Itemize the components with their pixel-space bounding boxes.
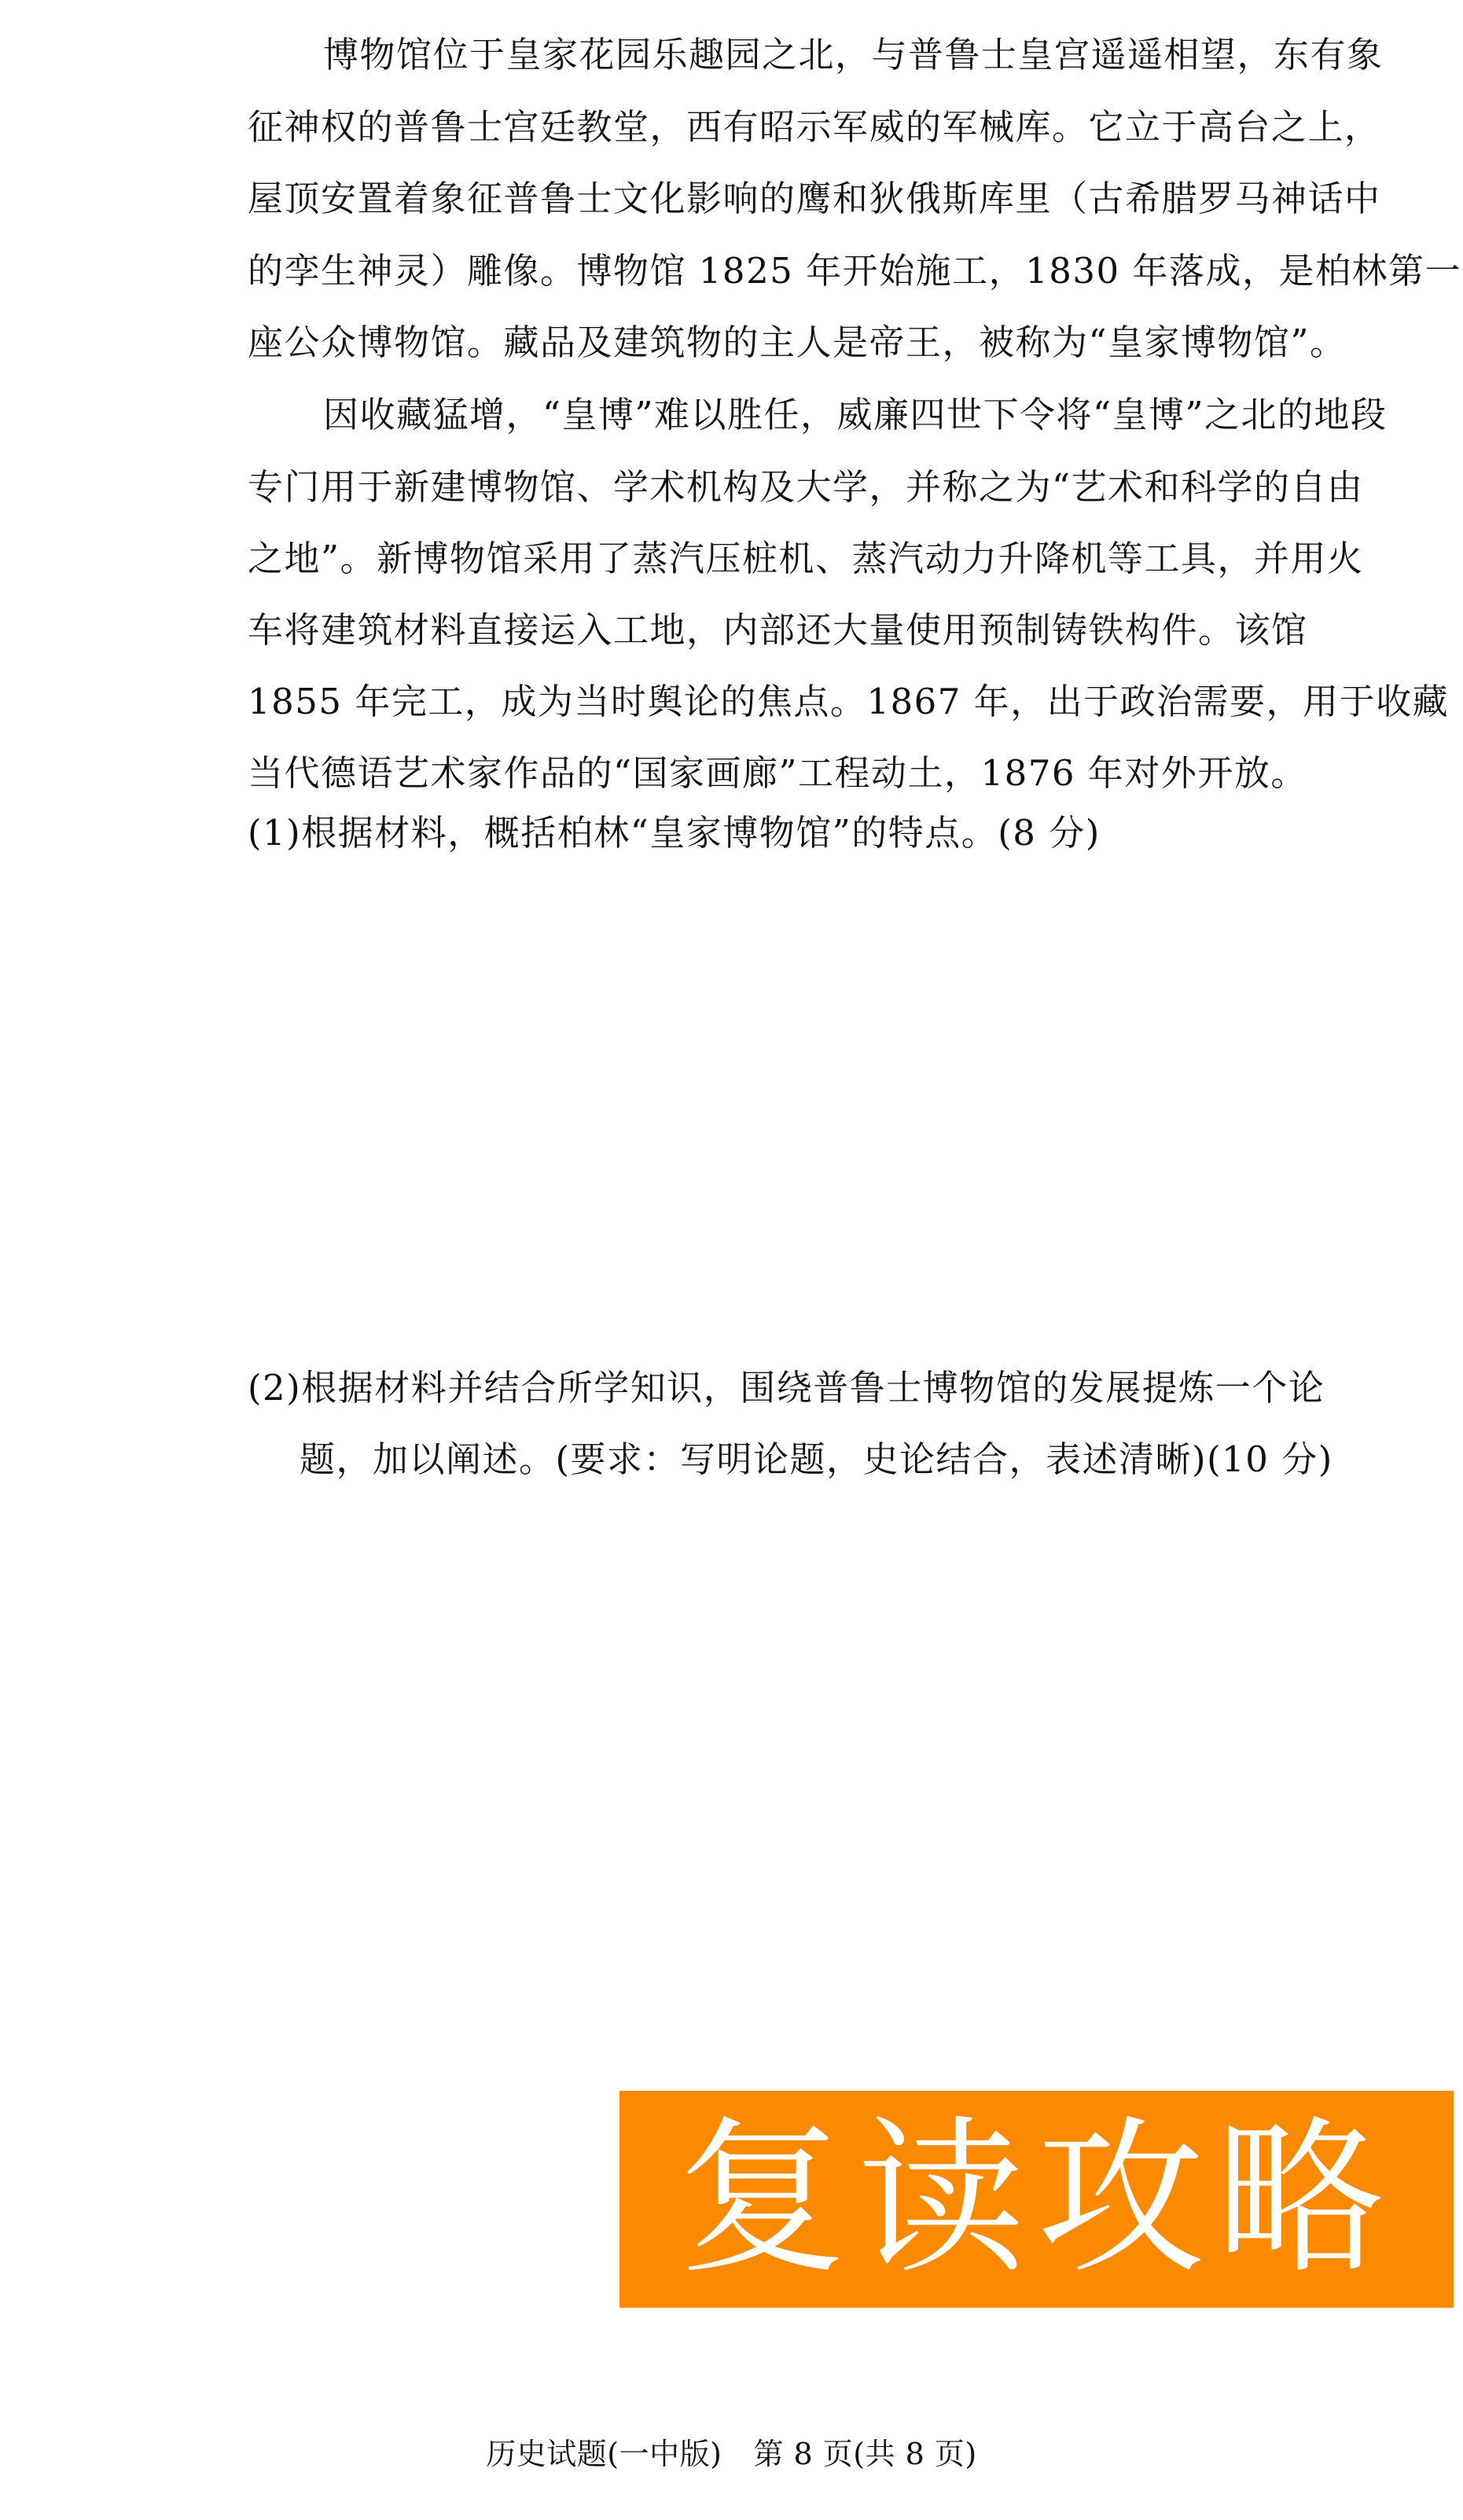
watermark-banner: 复读攻略 (619, 2091, 1454, 2308)
paragraph1-line-5: 座公众博物馆。藏品及建筑物的主人是帝王，被称为“皇家博物馆”。 (248, 319, 1347, 366)
paragraph1-line-2: 征神权的普鲁士宫廷教堂，西有昭示军威的军械库。它立于高台之上， (248, 104, 1381, 151)
paragraph2-line-6: 当代德语艺术家作品的“国家画廊”工程动土，1876 年对外开放。 (248, 750, 1307, 797)
paragraph2-line-3: 之地”。新博物馆采用了蒸汽压桩机、蒸汽动力升降机等工具，并用火 (248, 535, 1364, 582)
paragraph2-line-4: 车将建筑材料直接运入工地，内部还大量使用预制铸铁构件。该馆 (248, 607, 1308, 654)
paragraph2-line-2: 专门用于新建博物馆、学术机构及大学，并称之为“艺术和科学的自由 (248, 464, 1364, 511)
question-1-line-1: (1)根据材料，概括柏林“皇家博物馆”的特点。(8 分) (248, 810, 1101, 857)
watermark-text: 复读攻略 (678, 2115, 1395, 2283)
question-2-line-1: (2)根据材料并结合所学知识，围绕普鲁士博物馆的发展提炼一个论 (248, 1365, 1325, 1412)
question-2-line-2: 题，加以阐述。(要求：写明论题，史论结合，表述清晰)(10 分) (300, 1436, 1333, 1483)
page-footer: 历史试题(一中版)第 8 页(共 8 页) (0, 2435, 1463, 2473)
exam-title: 历史试题(一中版) (486, 2437, 722, 2471)
page-info: 第 8 页(共 8 页) (753, 2437, 976, 2471)
paragraph2-line-1: 因收藏猛增，“皇博”难以胜任，威廉四世下令将“皇博”之北的地段 (323, 391, 1388, 439)
paragraph1-line-1: 博物馆位于皇家花园乐趣园之北，与普鲁士皇宫遥遥相望，东有象 (323, 31, 1384, 79)
paragraph1-line-4: 的孪生神灵）雕像。博物馆 1825 年开始施工，1830 年落成，是柏林第一 (248, 248, 1461, 295)
paragraph1-line-3: 屋顶安置着象征普鲁士文化影响的鹰和狄俄斯库里（古希腊罗马神话中 (248, 175, 1381, 222)
paragraph2-line-5: 1855 年完工，成为当时舆论的焦点。1867 年，出于政治需要，用于收藏 (248, 678, 1449, 726)
